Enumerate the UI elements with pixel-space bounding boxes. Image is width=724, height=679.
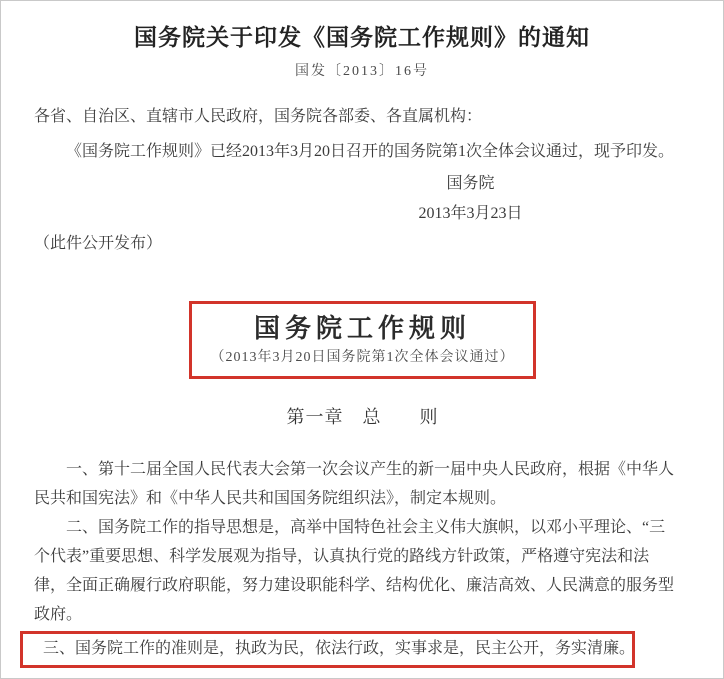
article-3-text: 三、国务院工作的准则是，执政为民，依法行政，实事求是，民主公开，务实清廉。 <box>43 635 626 663</box>
document-body: 各省、自治区、直辖市人民政府，国务院各部委、各直属机构： 《国务院工作规则》已经… <box>1 99 723 629</box>
notice-doc-number: 国发〔2013〕16号 <box>1 62 723 82</box>
highlight-box-rules-title: 国务院工作规则 （2013年3月20日国务院第1次全体会议通过） <box>189 301 536 379</box>
article-2-line-3: 律，全面正确履行政府职能，努力建设职能科学、结构优化、廉洁高效、人民满意的服务型 <box>34 571 691 600</box>
rules-subtitle: （2013年3月20日国务院第1次全体会议通过） <box>196 349 529 367</box>
chapter-1-heading: 第一章 总 则 <box>34 405 691 429</box>
rules-title: 国务院工作规则 <box>196 314 529 344</box>
article-2-paragraph: 二、国务院工作的指导思想是，高举中国特色社会主义伟大旗帜，以邓小平理论、“三 个… <box>34 513 691 629</box>
article-1-line-2: 民共和国宪法》和《中华人民共和国国务院组织法》，制定本规则。 <box>34 484 691 513</box>
sign-date: 2013年3月23日 <box>250 199 691 229</box>
notice-salutation: 各省、自治区、直辖市人民政府，国务院各部委、各直属机构： <box>34 99 691 134</box>
notice-title: 国务院关于印发《国务院工作规则》的通知 <box>11 23 713 53</box>
notice-body-text: 《国务院工作规则》已经2013年3月20日召开的国务院第1次全体会议通过，现予印… <box>34 134 691 169</box>
signer-name: 国务院 <box>250 169 691 199</box>
highlight-box-article-3: 三、国务院工作的准则是，执政为民，依法行政，实事求是，民主公开，务实清廉。 <box>20 631 635 668</box>
article-2-line-1: 二、国务院工作的指导思想是，高举中国特色社会主义伟大旗帜，以邓小平理论、“三 <box>34 513 691 542</box>
publish-note: （此件公开发布） <box>34 229 691 259</box>
document-page: 国务院关于印发《国务院工作规则》的通知 国发〔2013〕16号 各省、自治区、直… <box>0 0 724 679</box>
signature-block: 国务院 2013年3月23日 <box>250 169 691 229</box>
article-2-line-2: 个代表”重要思想、科学发展观为指导，认真执行党的路线方针政策，严格遵守宪法和法 <box>34 542 691 571</box>
article-1-paragraph: 一、第十二届全国人民代表大会第一次会议产生的新一届中央人民政府，根据《中华人 民… <box>34 455 691 513</box>
article-1-line-1: 一、第十二届全国人民代表大会第一次会议产生的新一届中央人民政府，根据《中华人 <box>34 455 691 484</box>
article-2-line-4: 政府。 <box>34 600 691 629</box>
